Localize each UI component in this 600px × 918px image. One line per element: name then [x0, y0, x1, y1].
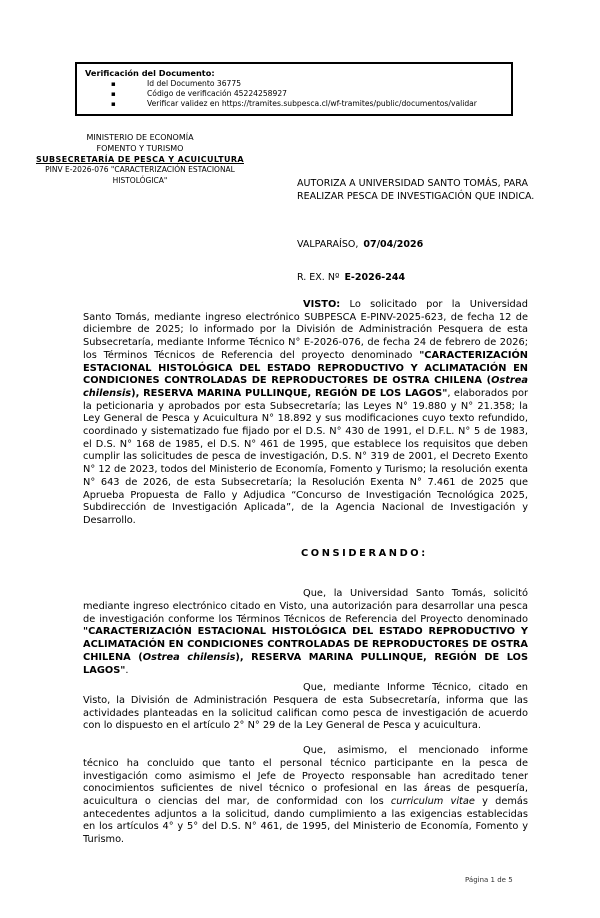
resolution-line: R. EX. NºE-2026-244: [297, 272, 405, 283]
ministry-name-line1: MINISTERIO DE ECONOMÍA: [25, 132, 255, 143]
place-label: VALPARAÍSO,: [297, 239, 358, 250]
considerando-heading: CONSIDERANDO:: [301, 548, 528, 561]
verification-box: Verificación del Documento: Id del Docum…: [75, 62, 513, 116]
letterhead: MINISTERIO DE ECONOMÍA FOMENTO Y TURISMO…: [25, 132, 255, 186]
resolution-number: E-2026-244: [344, 272, 405, 283]
verification-title: Verificación del Documento:: [85, 68, 503, 78]
resolution-prefix: R. EX. Nº: [297, 272, 339, 283]
considerando-paragraph-1: Que, la Universidad Santo Tomás, solicit…: [83, 588, 528, 677]
verification-item-code: Código de verificación 45224258927: [147, 89, 503, 99]
page-number: Página 1 de 5: [465, 876, 513, 884]
place-date-line: VALPARAÍSO,07/04/2026: [297, 239, 423, 250]
verification-item-document-id: Id del Documento 36775: [147, 79, 503, 89]
visto-paragraph: VISTO: Lo solicitado por la Universidad …: [83, 299, 528, 528]
subject-summary: AUTORIZA A UNIVERSIDAD SANTO TOMÁS, PARA…: [297, 178, 560, 203]
considerando-paragraph-3: Que, asimismo, el mencionado informe téc…: [83, 745, 528, 847]
verification-list: Id del Documento 36775 Código de verific…: [85, 79, 503, 109]
agency-name: SUBSECRETARÍA DE PESCA Y ACUICULTURA: [25, 154, 255, 165]
ministry-name-line2: FOMENTO Y TURISMO: [25, 143, 255, 154]
document-body: VISTO: Lo solicitado por la Universidad …: [83, 299, 528, 847]
document-page: Verificación del Documento: Id del Docum…: [0, 0, 600, 918]
date-value: 07/04/2026: [363, 239, 423, 250]
project-reference: PINV E-2026-076 "CARACTERIZACIÓN ESTACIO…: [45, 165, 235, 186]
verification-item-url: Verificar validez en https://tramites.su…: [147, 99, 503, 109]
considerando-paragraph-2: Que, mediante Informe Técnico, citado en…: [83, 682, 528, 733]
